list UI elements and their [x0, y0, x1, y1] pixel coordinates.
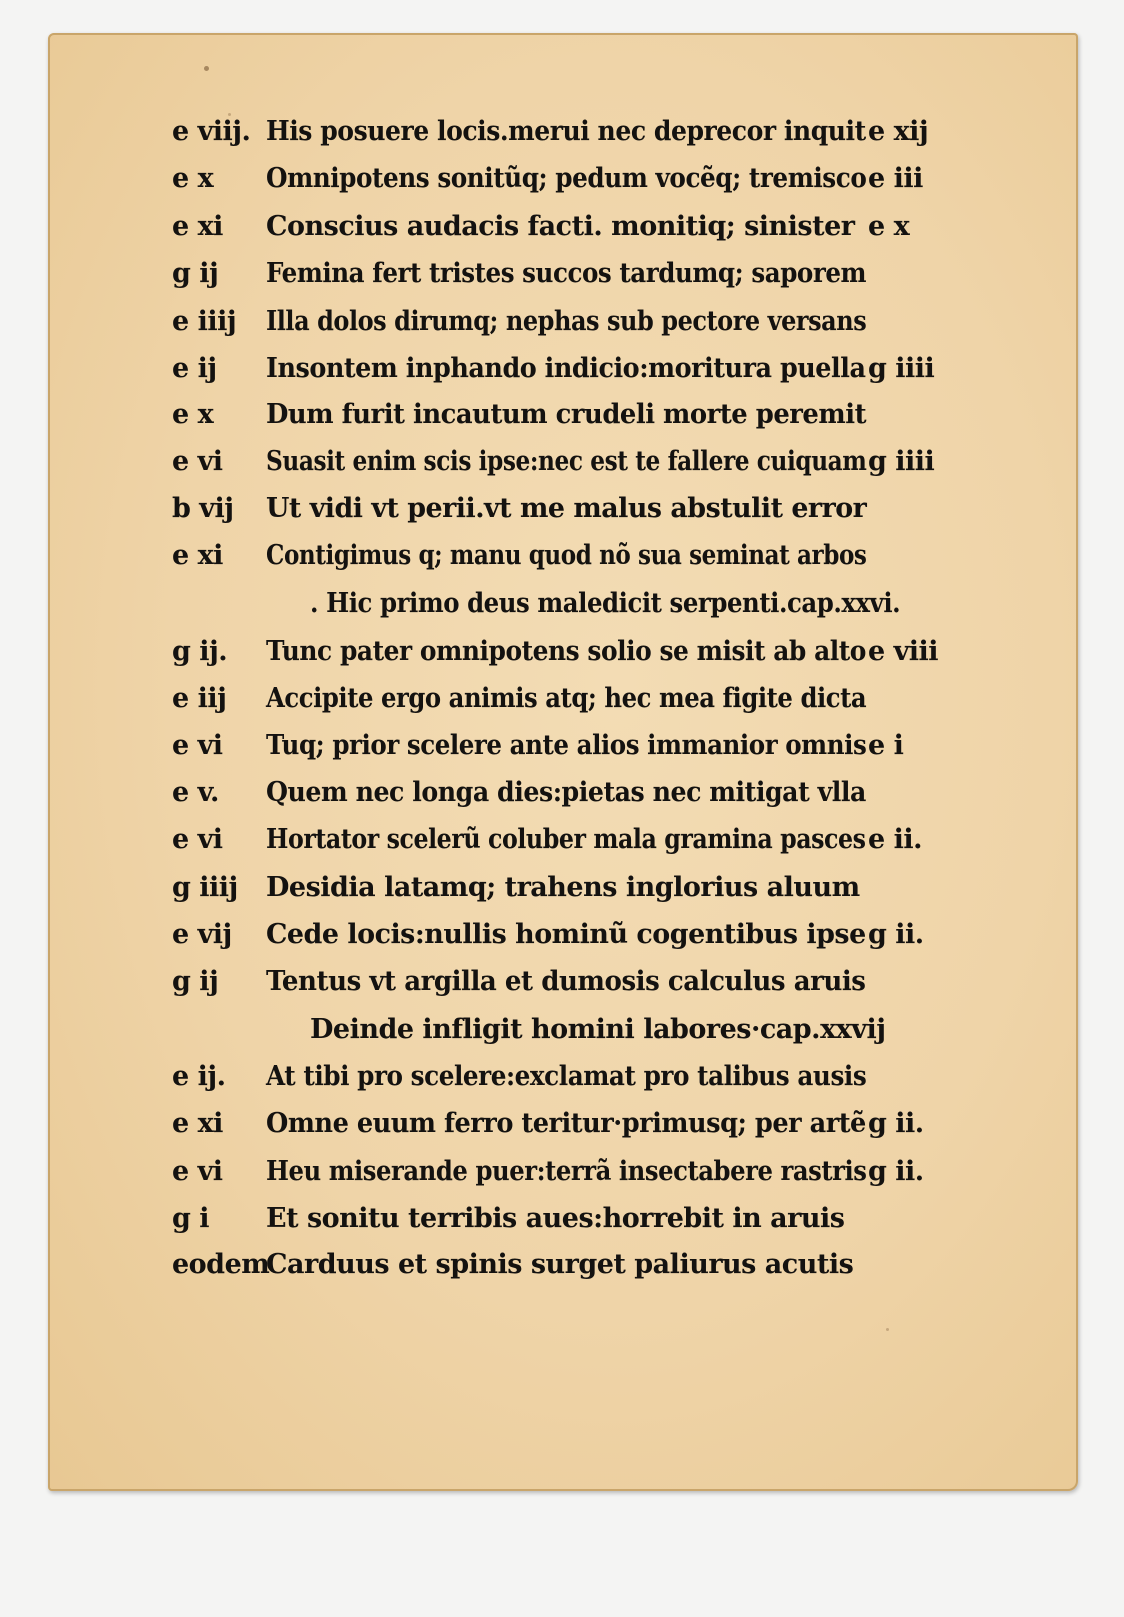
verse-text: Omne euum ferro teritur·primusq; per art…	[266, 1102, 866, 1146]
verse-text: Tuq; prior scelere ante alios immanior o…	[266, 724, 866, 768]
verse-text: Tentus vt argilla et dumosis calculus ar…	[266, 960, 865, 1004]
verse-text: Insontem inphando indicio:moritura puell…	[266, 347, 865, 391]
left-margin-reference: e ij	[172, 347, 217, 391]
left-margin-reference: g i	[172, 1197, 209, 1241]
verse-line: e xiContigimus q; manu quod nõ sua semin…	[48, 534, 1078, 578]
verse-line: b vijUt vidi vt perii.vt me malus abstul…	[48, 487, 1078, 531]
verse-line: eodemCarduus et spinis surget paliurus a…	[48, 1243, 1078, 1287]
left-margin-reference: e vi	[172, 818, 223, 862]
left-margin-reference: eodem	[172, 1243, 269, 1287]
verse-text: Illa dolos dirumq; nephas sub pectore ve…	[266, 300, 866, 344]
verse-line: e xDum furit incautum crudeli morte pere…	[48, 393, 1078, 437]
verse-line: e vijCede locis:nullis hominũ cogentibus…	[48, 913, 1078, 957]
verse-line: e xiConscius audacis facti. monitiq; sin…	[48, 205, 1078, 249]
right-margin-reference: g ii.	[868, 1150, 924, 1194]
verse-line: g ijFemina fert tristes succos tardumq; …	[48, 252, 1078, 296]
verse-line: e ijInsontem inphando indicio:moritura p…	[48, 347, 1078, 391]
left-margin-reference: e x	[172, 157, 213, 201]
left-margin-reference: e vi	[172, 440, 223, 484]
verse-text: Femina fert tristes succos tardumq; sapo…	[266, 252, 866, 296]
verse-line: g iEt sonitu terribis aues:horrebit in a…	[48, 1197, 1078, 1241]
right-margin-reference: g iiii	[868, 347, 934, 391]
verse-text: Desidia latamq; trahens inglorius aluum	[266, 866, 860, 910]
verse-line: g ij.Tunc pater omnipotens solio se misi…	[48, 630, 1078, 674]
verse-text: Accipite ergo animis atq; hec mea figite…	[266, 677, 866, 721]
verse-text: His posuere locis.merui nec deprecor inq…	[266, 110, 866, 154]
left-margin-reference: e iij	[172, 677, 226, 721]
chapter-heading: . Hic primo deus maledicit serpenti.cap.…	[48, 582, 1078, 626]
verse-line: e viHeu miserande puer:terrã insectabere…	[48, 1150, 1078, 1194]
verse-line: g iiijDesidia latamq; trahens inglorius …	[48, 866, 1078, 910]
left-margin-reference: e vi	[172, 724, 223, 768]
left-margin-reference: e vi	[172, 1150, 223, 1194]
verse-text: Hortator scelerũ coluber mala gramina pa…	[266, 818, 866, 862]
verse-text: Omnipotens sonitũq; pedum vocẽq; tremisc…	[266, 157, 866, 201]
left-margin-reference: g ij	[172, 252, 218, 296]
left-margin-reference: e xi	[172, 205, 223, 249]
chapter-heading: Deinde infligit homini labores·cap.xxvij	[48, 1008, 1078, 1052]
chapter-heading-text: . Hic primo deus maledicit serpenti.cap.…	[310, 582, 900, 626]
left-margin-reference: e iiij	[172, 300, 236, 344]
verse-text: Heu miserande puer:terrã insectabere ras…	[266, 1150, 866, 1194]
right-margin-reference: e x	[868, 205, 909, 249]
verse-text: Carduus et spinis surget paliurus acutis	[266, 1243, 853, 1287]
verse-line: e viHortator scelerũ coluber mala gramin…	[48, 818, 1078, 862]
verse-line: e iiijIlla dolos dirumq; nephas sub pect…	[48, 300, 1078, 344]
right-margin-reference: e ii.	[868, 818, 922, 862]
right-margin-reference: e iii	[868, 157, 923, 201]
right-margin-reference: g ii.	[868, 1102, 924, 1146]
left-margin-reference: e xi	[172, 1102, 223, 1146]
verse-line: e viTuq; prior scelere ante alios immani…	[48, 724, 1078, 768]
chapter-heading-text: Deinde infligit homini labores·cap.xxvij	[310, 1008, 885, 1052]
left-margin-reference: e ij.	[172, 1055, 226, 1099]
left-margin-reference: g ij.	[172, 630, 227, 674]
left-margin-reference: g ij	[172, 960, 218, 1004]
verse-text: Contigimus q; manu quod nõ sua seminat a…	[266, 534, 867, 578]
verse-text: Cede locis:nullis hominũ cogentibus ipse	[266, 913, 866, 957]
right-margin-reference: e xij	[868, 110, 928, 154]
ink-spot	[204, 66, 209, 71]
verse-line: g ijTentus vt argilla et dumosis calculu…	[48, 960, 1078, 1004]
verse-text: Suasit enim scis ipse:nec est te fallere…	[266, 440, 866, 484]
right-margin-reference: e i	[868, 724, 903, 768]
verse-text: Conscius audacis facti. monitiq; siniste…	[266, 205, 855, 249]
left-margin-reference: g iiij	[172, 866, 238, 910]
verse-text: Ut vidi vt perii.vt me malus abstulit er…	[266, 487, 866, 531]
verse-text: Quem nec longa dies:pietas nec mitigat v…	[266, 771, 866, 815]
verse-line: e iijAccipite ergo animis atq; hec mea f…	[48, 677, 1078, 721]
verse-line: e viSuasit enim scis ipse:nec est te fal…	[48, 440, 1078, 484]
left-margin-reference: e v.	[172, 771, 219, 815]
left-margin-reference: b vij	[172, 487, 234, 531]
left-margin-reference: e viij.	[172, 110, 250, 154]
printed-page: e viij.His posuere locis.merui nec depre…	[48, 33, 1078, 1491]
verse-line: e xOmnipotens sonitũq; pedum vocẽq; trem…	[48, 157, 1078, 201]
right-margin-reference: g iiii	[868, 440, 934, 484]
ink-spot	[886, 1328, 889, 1331]
verse-line: e viij.His posuere locis.merui nec depre…	[48, 110, 1078, 154]
left-margin-reference: e vij	[172, 913, 232, 957]
left-margin-reference: e x	[172, 393, 213, 437]
verse-text: Tunc pater omnipotens solio se misit ab …	[266, 630, 866, 674]
verse-text: At tibi pro scelere:exclamat pro talibus…	[266, 1055, 866, 1099]
verse-line: e ij.At tibi pro scelere:exclamat pro ta…	[48, 1055, 1078, 1099]
verse-line: e v.Quem nec longa dies:pietas nec mitig…	[48, 771, 1078, 815]
right-margin-reference: e viii	[868, 630, 938, 674]
left-margin-reference: e xi	[172, 534, 223, 578]
right-margin-reference: g ii.	[868, 913, 924, 957]
verse-line: e xiOmne euum ferro teritur·primusq; per…	[48, 1102, 1078, 1146]
verse-text: Et sonitu terribis aues:horrebit in arui…	[266, 1197, 844, 1241]
verse-text: Dum furit incautum crudeli morte peremit	[266, 393, 866, 437]
